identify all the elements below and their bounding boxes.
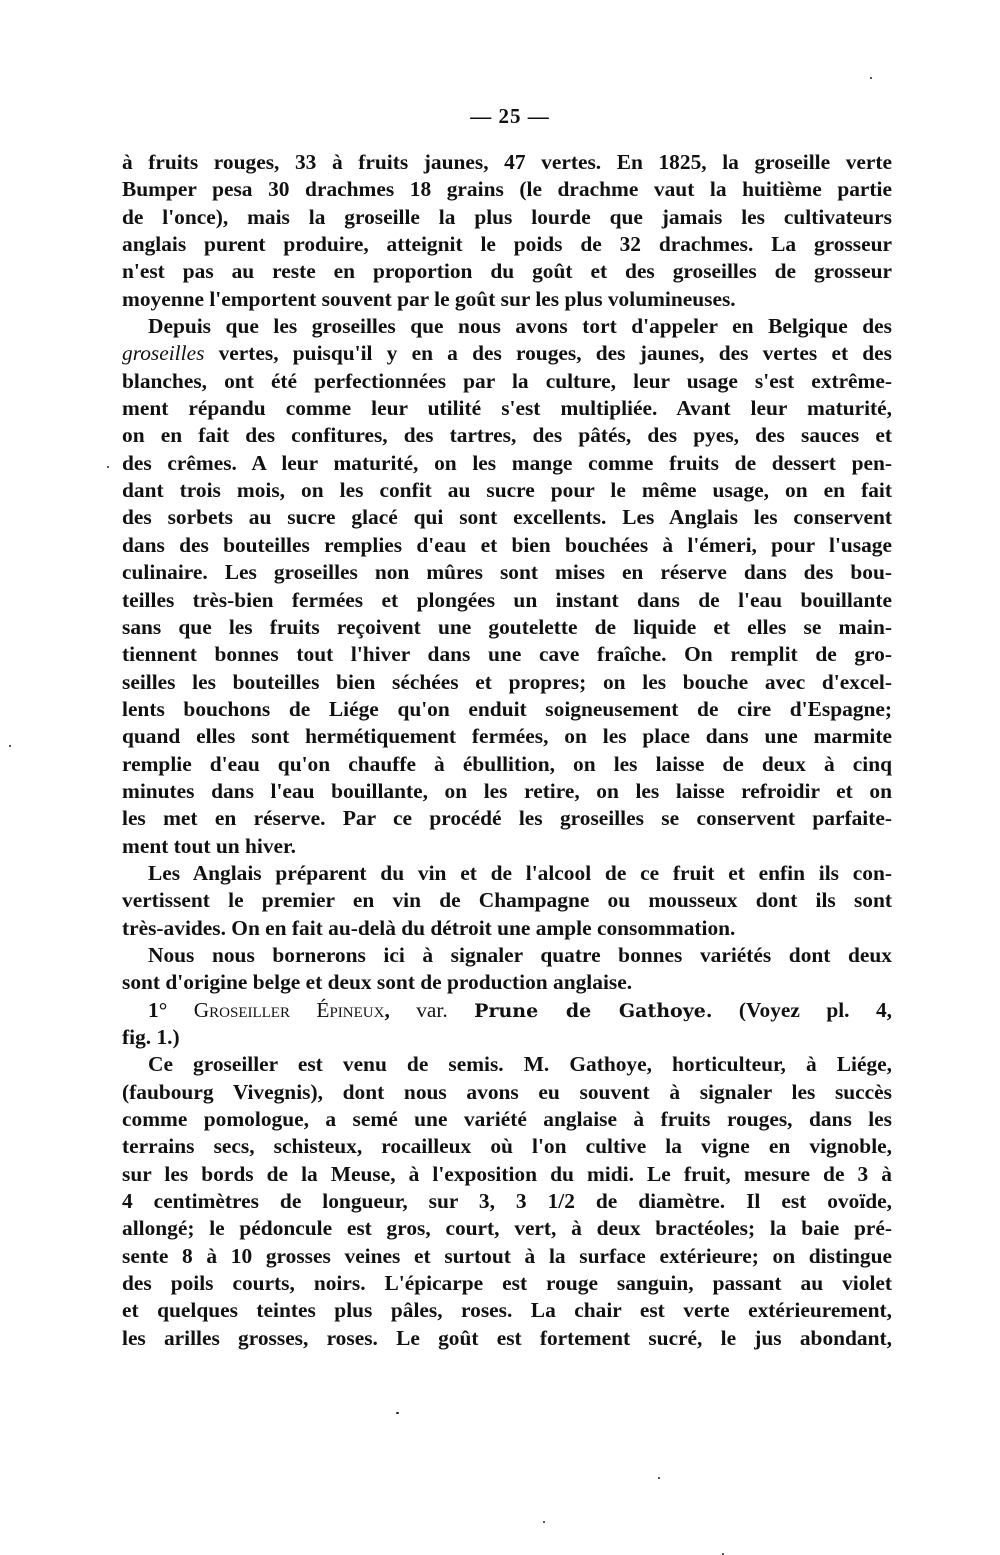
text-line: vertissent le premier en vin de Champagn…	[122, 887, 892, 914]
text-line: Bumper pesa 30 drachmes 18 grains (le dr…	[122, 176, 892, 203]
text-line: quand elles sont hermétiquement fermées,…	[122, 723, 892, 750]
paragraph-6: Ce groseiller est venu de semis. M. Gath…	[122, 1051, 892, 1352]
scan-speck	[870, 77, 872, 79]
text-line: Les Anglais préparent du vin et de l'alc…	[122, 860, 892, 887]
paragraph-3: Les Anglais préparent du vin et de l'alc…	[122, 860, 892, 942]
plate-reference: (Voyez pl. 4,	[739, 998, 892, 1022]
text-line: tiennent bonnes tout l'hiver dans une ca…	[122, 641, 892, 668]
book-page: — 25 — à fruits rouges, 33 à fruits jaun…	[0, 0, 1000, 1555]
text-line: seilles les bouteilles bien séchées et p…	[122, 669, 892, 696]
text-line: (faubourg Vivegnis), dont nous avons eu …	[122, 1079, 892, 1106]
scan-speck	[658, 1477, 660, 1479]
text-line: on en fait des confitures, des tartres, …	[122, 422, 892, 449]
scan-speck	[107, 466, 109, 468]
var-label: var.	[416, 998, 447, 1022]
text-line: très-avides. On en fait au-delà du détro…	[122, 915, 892, 942]
paragraph-2: Depuis que les groseilles que nous avons…	[122, 313, 892, 860]
paragraph-4: Nous nous bornerons ici à signaler quatr…	[122, 942, 892, 997]
text-line: n'est pas au reste en proportion du goût…	[122, 258, 892, 285]
text-line: de l'once), mais la groseille la plus lo…	[122, 204, 892, 231]
text-line: sont d'origine belge et deux sont de pro…	[122, 969, 892, 996]
text-line: dans des bouteilles remplies d'eau et bi…	[122, 532, 892, 559]
text-line: 1° Groseiller Épineux, var. Prune de Gat…	[122, 997, 892, 1024]
text-line: et quelques teintes plus pâles, roses. L…	[122, 1297, 892, 1324]
text-span: vertes, puisqu'il y en a des rouges, des…	[204, 341, 892, 365]
paragraph-1: à fruits rouges, 33 à fruits jaunes, 47 …	[122, 149, 892, 313]
text-line: ment tout un hiver.	[122, 833, 892, 860]
variety-name: Prune de Gathoye.	[474, 1000, 712, 1022]
text-line: teilles très-bien fermées et plongées un…	[122, 587, 892, 614]
text-line: remplie d'eau qu'on chauffe à ébullition…	[122, 751, 892, 778]
text-line: sente 8 à 10 grosses veines et surtout à…	[122, 1243, 892, 1270]
body-text: à fruits rouges, 33 à fruits jaunes, 47 …	[122, 149, 892, 1352]
text-line: anglais purent produire, atteignit le po…	[122, 231, 892, 258]
page-number: — 25 —	[0, 104, 1000, 129]
scan-speck	[543, 1521, 545, 1523]
text-line: Ce groseiller est venu de semis. M. Gath…	[122, 1051, 892, 1078]
text-line: les met en réserve. Par ce procédé les g…	[122, 805, 892, 832]
text-line: sur les bords de la Meuse, à l'expositio…	[122, 1161, 892, 1188]
text-line: lents bouchons de Liége qu'on enduit soi…	[122, 696, 892, 723]
text-line: fig. 1.)	[122, 1024, 892, 1051]
text-line: moyenne l'emportent souvent par le goût …	[122, 286, 892, 313]
variety-heading: 1° Groseiller Épineux, var. Prune de Gat…	[122, 997, 892, 1052]
text-line: Depuis que les groseilles que nous avons…	[122, 313, 892, 340]
text-line: groseilles vertes, puisqu'il y en a des …	[122, 340, 892, 367]
text-line: des poils courts, noirs. L'épicarpe est …	[122, 1270, 892, 1297]
scan-speck	[396, 1412, 399, 1414]
text-line: les arilles grosses, roses. Le goût est …	[122, 1325, 892, 1352]
text-line: sans que les fruits reçoivent une goutel…	[122, 614, 892, 641]
text-line: dant trois mois, on les confit au sucre …	[122, 477, 892, 504]
text-line: allongé; le pédoncule est gros, court, v…	[122, 1215, 892, 1242]
scan-speck	[9, 745, 11, 747]
text-line: des sorbets au sucre glacé qui sont exce…	[122, 504, 892, 531]
variety-number: 1°	[148, 998, 167, 1022]
text-line: blanches, ont été perfectionnées par la …	[122, 368, 892, 395]
text-line: ment répandu comme leur utilité s'est mu…	[122, 395, 892, 422]
text-line: 4 centimètres de longueur, sur 3, 3 1/2 …	[122, 1188, 892, 1215]
italic-term: groseilles	[122, 341, 204, 365]
text-line: des crêmes. A leur maturité, on les mang…	[122, 450, 892, 477]
text-line: comme pomologue, a semé une variété angl…	[122, 1106, 892, 1133]
species-name: Groseiller Épineux	[194, 998, 385, 1022]
text-line: minutes dans l'eau bouillante, on les re…	[122, 778, 892, 805]
text-line: terrains secs, schisteux, rocailleux où …	[122, 1133, 892, 1160]
text-line: Nous nous bornerons ici à signaler quatr…	[122, 942, 892, 969]
text-line: culinaire. Les groseilles non mûres sont…	[122, 559, 892, 586]
text-line: à fruits rouges, 33 à fruits jaunes, 47 …	[122, 149, 892, 176]
